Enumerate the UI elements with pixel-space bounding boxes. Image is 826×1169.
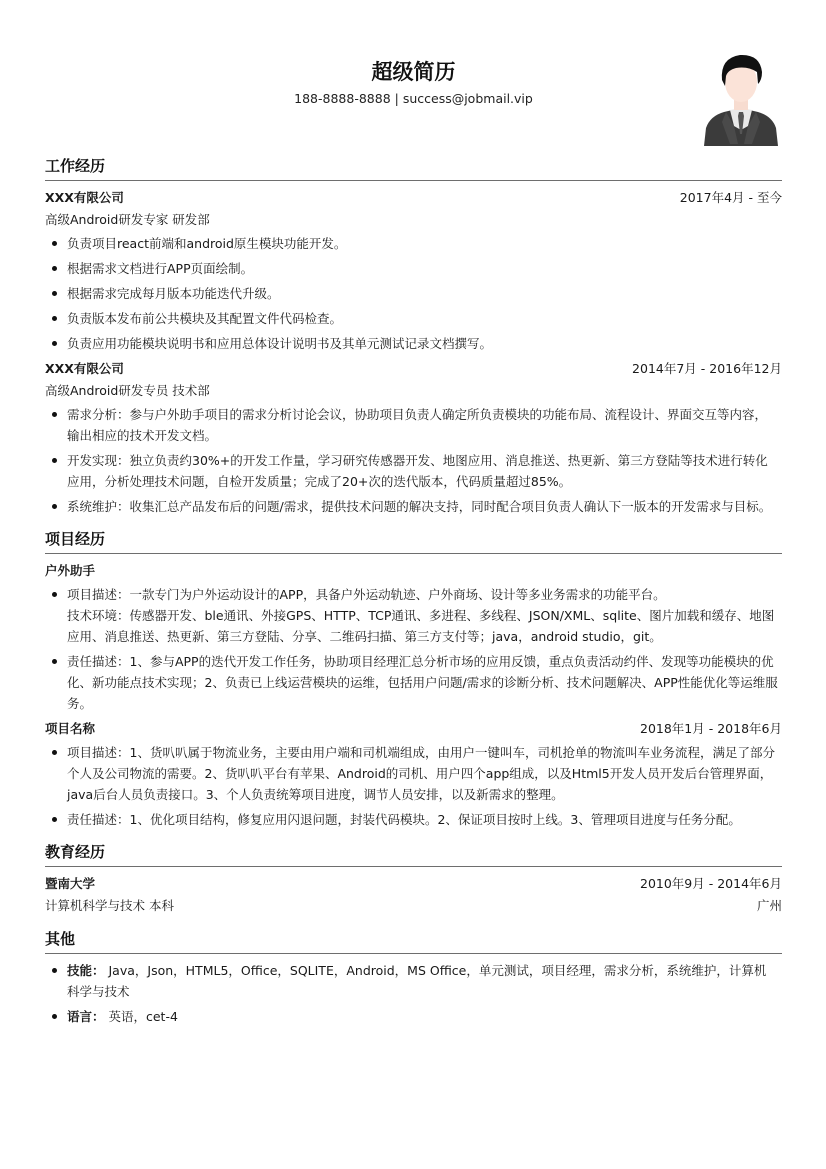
list-item-languages: 语言： 英语，cet-4 bbox=[45, 1006, 782, 1027]
project-entry: 户外助手 项目描述：一款专门为户外运动设计的APP，具备户外运动轨迹、户外商场、… bbox=[45, 560, 782, 714]
school-name: 暨南大学 bbox=[45, 873, 95, 895]
list-item: 负责版本发布前公共模块及其配置文件代码检查。 bbox=[45, 308, 782, 329]
job-entry: XXX有限公司 2017年4月 - 至今 高级Android研发专家 研发部 负… bbox=[45, 187, 782, 354]
job-entry: XXX有限公司 2014年7月 - 2016年12月 高级Android研发专员… bbox=[45, 358, 782, 517]
languages-label: 语言： bbox=[67, 1009, 105, 1024]
project-bullets: 项目描述：1、货叭叭属于物流业务，主要由用户端和司机端组成，由用户一键叫车，司机… bbox=[45, 742, 782, 830]
list-item: 根据需求完成每月版本功能迭代升级。 bbox=[45, 283, 782, 304]
section-title-work: 工作经历 bbox=[45, 156, 782, 181]
education-date: 2010年9月 - 2014年6月 bbox=[640, 873, 782, 895]
other-section: 其他 技能： Java，Json，HTML5，Office，SQLITE，And… bbox=[45, 929, 782, 1027]
list-item: 责任描述：1、优化项目结构，修复应用闪退问题，封装代码模块。2、保证项目按时上线… bbox=[45, 809, 782, 830]
list-item: 项目描述：1、货叭叭属于物流业务，主要由用户端和司机端组成，由用户一键叫车，司机… bbox=[45, 742, 782, 805]
skills-value: Java，Json，HTML5，Office，SQLITE，Android，MS… bbox=[67, 963, 766, 999]
section-title-education: 教育经历 bbox=[45, 842, 782, 867]
company-name: XXX有限公司 bbox=[45, 187, 124, 209]
education-section: 教育经历 暨南大学 2010年9月 - 2014年6月 计算机科学与技术 本科 … bbox=[45, 842, 782, 917]
project-description: 项目描述：一款专门为户外运动设计的APP，具备户外运动轨迹、户外商场、设计等多业… bbox=[67, 584, 778, 605]
resume-name: 超级简历 bbox=[45, 56, 782, 86]
list-item-skills: 技能： Java，Json，HTML5，Office，SQLITE，Androi… bbox=[45, 960, 782, 1002]
project-name: 项目名称 bbox=[45, 718, 95, 740]
resume-header: 超级简历 188-8888-8888 | success@jobmail.vip bbox=[45, 0, 782, 150]
project-date: 2018年1月 - 2018年6月 bbox=[640, 718, 782, 740]
job-bullets: 需求分析：参与户外助手项目的需求分析讨论会议，协助项目负责人确定所负责模块的功能… bbox=[45, 404, 782, 517]
section-title-projects: 项目经历 bbox=[45, 529, 782, 554]
project-name: 户外助手 bbox=[45, 560, 95, 582]
section-title-other: 其他 bbox=[45, 929, 782, 954]
job-role: 高级Android研发专家 研发部 bbox=[45, 209, 782, 231]
job-date: 2014年7月 - 2016年12月 bbox=[632, 358, 782, 380]
resume-page: 超级简历 188-8888-8888 | success@jobmail.vip bbox=[45, 0, 782, 1031]
work-experience-section: 工作经历 XXX有限公司 2017年4月 - 至今 高级Android研发专家 … bbox=[45, 156, 782, 517]
contact-info: 188-8888-8888 | success@jobmail.vip bbox=[45, 91, 782, 106]
list-item: 项目描述：一款专门为户外运动设计的APP，具备户外运动轨迹、户外商场、设计等多业… bbox=[45, 584, 782, 647]
project-entry: 项目名称 2018年1月 - 2018年6月 项目描述：1、货叭叭属于物流业务，… bbox=[45, 718, 782, 830]
list-item: 根据需求文档进行APP页面绘制。 bbox=[45, 258, 782, 279]
other-bullets: 技能： Java，Json，HTML5，Office，SQLITE，Androi… bbox=[45, 960, 782, 1027]
list-item: 负责应用功能模块说明书和应用总体设计说明书及其单元测试记录文档撰写。 bbox=[45, 333, 782, 354]
company-name: XXX有限公司 bbox=[45, 358, 124, 380]
list-item: 开发实现：独立负责约30%+的开发工作量，学习研究传感器开发、地图应用、消息推送… bbox=[45, 450, 782, 492]
job-date: 2017年4月 - 至今 bbox=[680, 187, 782, 209]
job-role: 高级Android研发专员 技术部 bbox=[45, 380, 782, 402]
project-tech-env: 技术环境：传感器开发、ble通讯、外接GPS、HTTP、TCP通讯、多进程、多线… bbox=[67, 605, 778, 647]
education-city: 广州 bbox=[757, 895, 782, 917]
list-item: 负责项目react前端和android原生模块功能开发。 bbox=[45, 233, 782, 254]
male-avatar-icon bbox=[702, 50, 780, 146]
major-degree: 计算机科学与技术 本科 bbox=[45, 895, 174, 917]
list-item: 系统维护：收集汇总产品发布后的问题/需求，提供技术问题的解决支持，同时配合项目负… bbox=[45, 496, 782, 517]
list-item: 需求分析：参与户外助手项目的需求分析讨论会议，协助项目负责人确定所负责模块的功能… bbox=[45, 404, 782, 446]
languages-value: 英语，cet-4 bbox=[105, 1009, 178, 1024]
job-bullets: 负责项目react前端和android原生模块功能开发。 根据需求文档进行APP… bbox=[45, 233, 782, 354]
skills-label: 技能： bbox=[67, 963, 105, 978]
project-experience-section: 项目经历 户外助手 项目描述：一款专门为户外运动设计的APP，具备户外运动轨迹、… bbox=[45, 529, 782, 830]
project-bullets: 项目描述：一款专门为户外运动设计的APP，具备户外运动轨迹、户外商场、设计等多业… bbox=[45, 584, 782, 714]
list-item: 责任描述：1、参与APP的迭代开发工作任务，协助项目经理汇总分析市场的应用反馈，… bbox=[45, 651, 782, 714]
